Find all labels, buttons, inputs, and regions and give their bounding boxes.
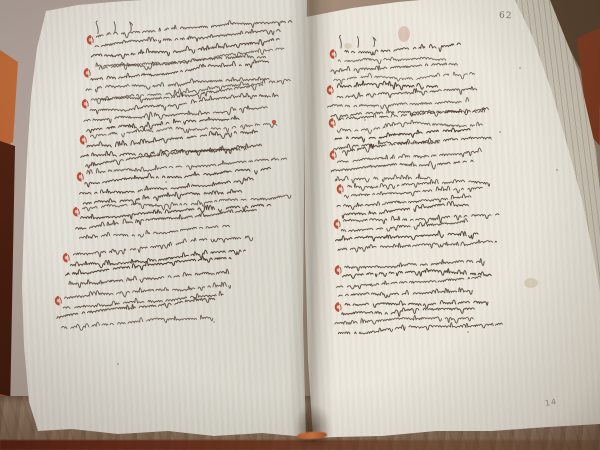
folio-number: 62 bbox=[499, 11, 513, 22]
gutter-stain bbox=[294, 404, 332, 446]
book-gutter-shadow bbox=[288, 0, 334, 442]
photo-of-open-manuscript: 62 14 bbox=[0, 0, 600, 450]
